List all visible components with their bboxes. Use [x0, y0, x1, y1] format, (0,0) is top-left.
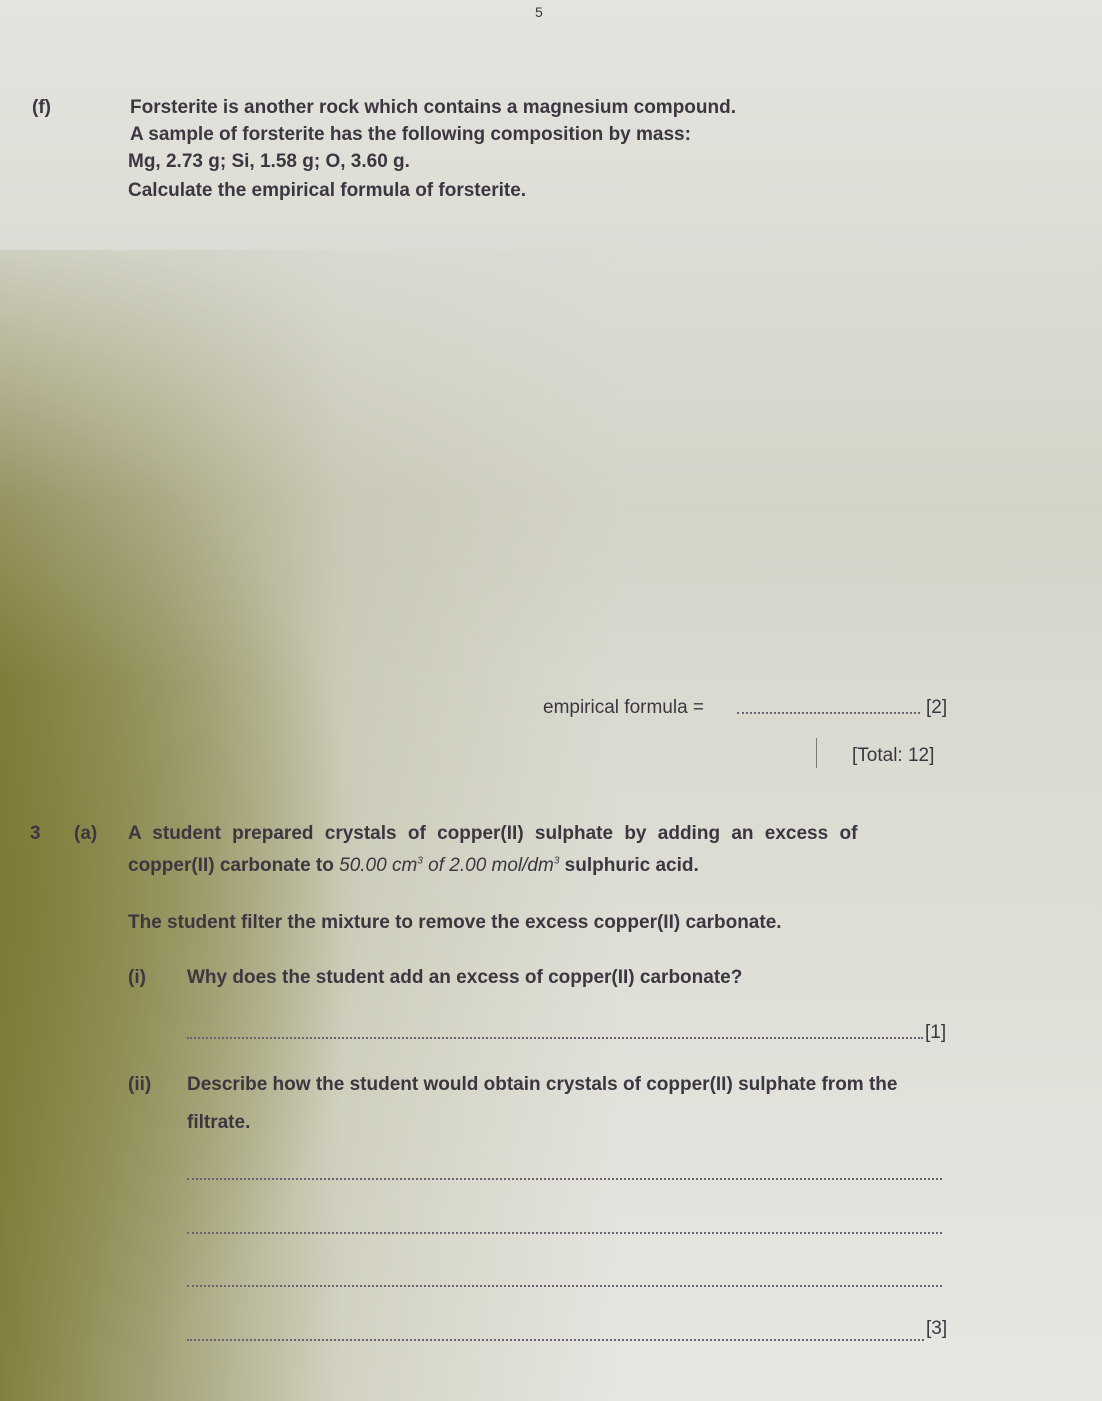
page-number: 5: [535, 4, 543, 20]
of-word: of: [428, 855, 444, 876]
part-a-line-2: copper(II) carbonate to 50.00 cm3 of 2.0…: [128, 855, 699, 877]
sub-i-question: Why does the student add an excess of co…: [187, 967, 742, 989]
sub-i-label: (i): [128, 967, 146, 989]
line-2-post: sulphuric acid.: [565, 855, 699, 876]
sub-i-marks: [1]: [925, 1022, 946, 1044]
margin-mark: [816, 738, 817, 768]
empirical-formula-answer-line[interactable]: [737, 712, 920, 714]
part-f-marks: [2]: [926, 697, 947, 719]
sub-ii-question-line-2: filtrate.: [187, 1112, 250, 1134]
empirical-formula-label: empirical formula =: [543, 697, 704, 719]
sub-i-answer-line[interactable]: [187, 1037, 923, 1039]
acid-volume: 50.00 cm3: [339, 855, 423, 876]
sub-ii-answer-line-4[interactable]: [187, 1339, 924, 1341]
filter-statement: The student filter the mixture to remove…: [128, 912, 782, 934]
total-marks: [Total: 12]: [852, 745, 934, 767]
part-f-label: (f): [32, 97, 51, 119]
part-f-composition: Mg, 2.73 g; Si, 1.58 g; O, 3.60 g.: [128, 151, 410, 173]
question-3-number: 3: [30, 823, 41, 845]
part-f-line-2: A sample of forsterite has the following…: [130, 124, 691, 146]
sub-ii-answer-line-2[interactable]: [187, 1232, 942, 1234]
sub-ii-answer-line-3[interactable]: [187, 1285, 942, 1287]
sub-ii-answer-line-1[interactable]: [187, 1178, 942, 1180]
acid-concentration: 2.00 mol/dm3: [449, 855, 559, 876]
part-a-label: (a): [74, 823, 97, 845]
line-2-pre: copper(II) carbonate to: [128, 855, 334, 876]
part-f-instruction: Calculate the empirical formula of forst…: [128, 180, 526, 202]
sub-ii-marks: [3]: [926, 1318, 947, 1340]
part-a-line-1: A student prepared crystals of copper(II…: [128, 823, 857, 845]
part-f-line-1: Forsterite is another rock which contain…: [130, 97, 736, 119]
sub-ii-label: (ii): [128, 1074, 151, 1096]
photo-glare: [0, 230, 1102, 680]
sub-ii-question-line-1: Describe how the student would obtain cr…: [187, 1074, 897, 1096]
